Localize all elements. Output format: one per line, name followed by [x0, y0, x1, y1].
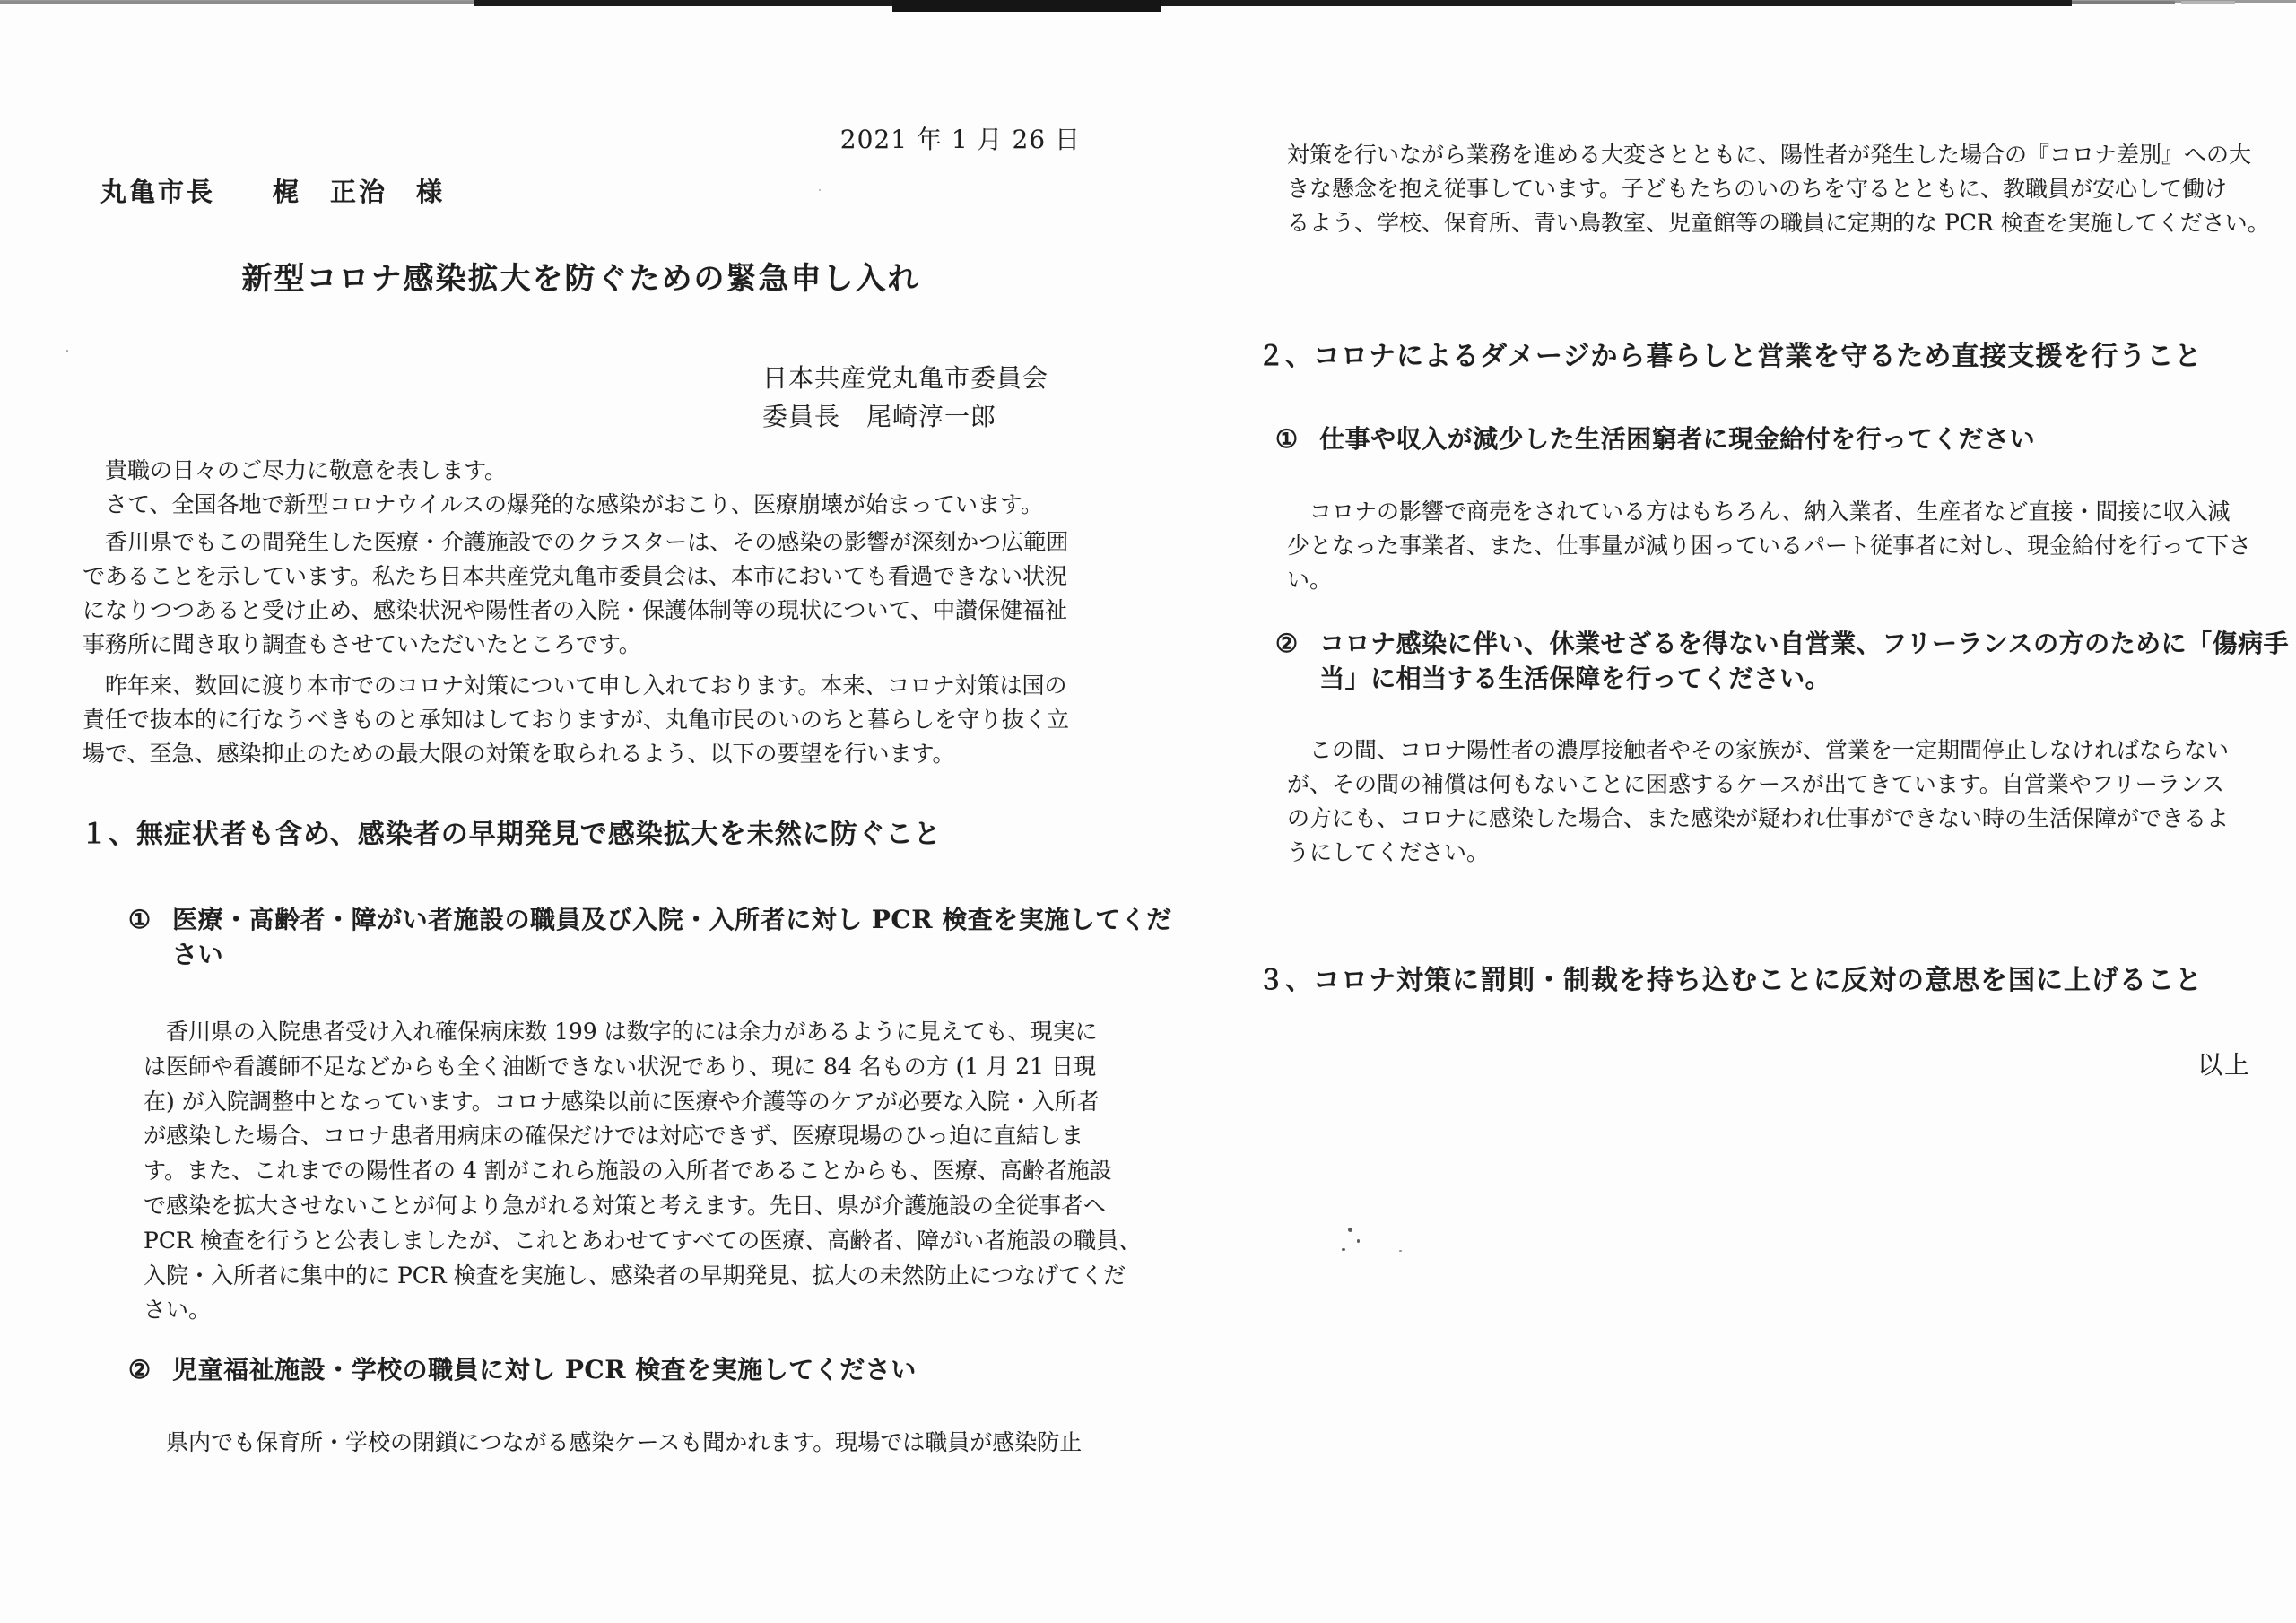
text-line: 対策を行いながら業務を進める大変さとともに、陽性者が発生した場合の『コロナ差別』…	[1287, 138, 2283, 172]
text-line: 医療・髙齢者・障がい者施設の職員及び入院・入所者に対し PCR 検査を実施してく…	[172, 902, 1172, 937]
intro-paragraph: 香川県でもこの間発生した医療・介護施設でのクラスターは、その感染の影響が深刻かつ…	[83, 525, 1096, 662]
section1-item2-body: 県内でも保育所・学校の閉鎖につながる感染ケースも聞かれます。現場では職員が感染防…	[143, 1426, 1112, 1461]
scan-artifact-bar	[0, 1, 475, 4]
text-line: さて、全国各地で新型コロナウイルスの爆発的な感染がおこり、医療崩壊が始まっていま…	[83, 488, 1096, 522]
section3-heading: ３、コロナ対策に罰則・制裁を持ち込むことに反対の意思を国に上げること	[1257, 958, 2203, 997]
text-line: きな懸念を抱え従事しています。子どもたちのいのちを守るとともに、教職員が安心して…	[1287, 172, 2283, 206]
text-line: 少となった事業者、また、仕事量が減り困っているパート従事者に対し、現金給付を行っ…	[1287, 529, 2283, 563]
letter-date: 2021 年 1 月 26 日	[81, 120, 1213, 156]
scan-artifact-bar	[2181, 1, 2235, 4]
sender-chief: 委員長 尾崎淳一郎	[762, 397, 1048, 436]
text-line: コロナ感染に伴い、休業せざるを得ない自営業、フリーランスの方のために「傷病手	[1319, 626, 2289, 661]
text-line: うにしてください。	[1287, 836, 2283, 870]
text-line: になりつつあると受け止め、感染状況や陽性者の入院・保護体制等の現状について、中讃…	[83, 594, 1096, 628]
text-line: 責任で抜本的に行なうべきものと承知はしておりますが、丸亀市民のいのちと暮らしを守…	[83, 703, 1096, 737]
text-line: 県内でも保育所・学校の閉鎖につながる感染ケースも聞かれます。現場では職員が感染防…	[143, 1426, 1112, 1461]
text-line: 事務所に聞き取り調査もさせていただいたところです。	[83, 628, 1096, 662]
item-title: 児童福祉施設・学校の職員に対し PCR 検査を実施してください	[172, 1352, 917, 1387]
text-line: 入院・入所者に集中的に PCR 検査を実施し、感染者の早期発見、拡大の未然防止に…	[143, 1259, 1112, 1294]
section2-item1-body: コロナの影響で商売をされている方はもちろん、納入業者、生産者など直接・間接に収入…	[1287, 495, 2283, 597]
text-line: この間、コロナ陽性者の濃厚接触者やその家族が、営業を一定期間停止しなければならな…	[1287, 733, 2283, 768]
scan-speckle	[819, 189, 821, 191]
scanned-letter-page: 2021 年 1 月 26 日 丸亀市長 梶 正治 様 新型コロナ感染拡大を防ぐ…	[0, 0, 2296, 1623]
scan-speckle	[1342, 1248, 1345, 1251]
text-line: 香川県の入院患者受け入れ確保病床数 199 は数字的には余力があるように見えても…	[143, 1015, 1112, 1050]
text-line: す。また、これまでの陽性者の 4 割がこれら施設の入所者であることからも、医療、…	[143, 1154, 1112, 1189]
item-number-circled-2: ②	[1275, 626, 1298, 661]
text-line: さい。	[143, 1293, 1112, 1328]
intro-paragraph: 貴職の日々のご尽力に敬意を表します。 さて、全国各地で新型コロナウイルスの爆発的…	[83, 454, 1096, 522]
text-line: が、その間の補償は何もないことに困惑するケースが出てきています。自営業やフリーラ…	[1287, 768, 2283, 802]
text-line: は医師や看護師不足などからも全く油断できない状況であり、現に 84 名もの方 (…	[143, 1050, 1112, 1085]
scan-speckle	[66, 350, 68, 352]
section2-heading: ２、コロナによるダメージから暮らしと営業を守るため直接支援を行うこと	[1257, 334, 2202, 373]
addressee: 丸亀市長 梶 正治 様	[100, 172, 445, 209]
closing-ijou: 以上	[1256, 1046, 2296, 1081]
text-line: 昨年来、数回に渡り本市でのコロナ対策について申し入れております。本来、コロナ対策…	[83, 669, 1096, 703]
document-title: 新型コロナ感染拡大を防ぐための緊急申し入れ	[81, 254, 1081, 298]
text-line: い。	[1287, 563, 2283, 597]
scan-speckle	[1399, 1250, 1402, 1252]
text-line: コロナの影響で商売をされている方はもちろん、納入業者、生産者など直接・間接に収入…	[1287, 495, 2283, 529]
section2-item1-heading: ① 仕事や収入が減少した生活困窮者に現金給付を行ってください	[1275, 421, 2271, 456]
text-line: PCR 検査を行うと公表しましたが、これとあわせてすべての医療、高齢者、障がい者…	[143, 1224, 1112, 1259]
item-number-circled-2: ②	[128, 1352, 151, 1387]
text-line: であることを示しています。私たち日本共産党丸亀市委員会は、本市においても看過でき…	[83, 560, 1096, 594]
item-number-circled-1: ①	[1275, 421, 1298, 456]
section1-item2-heading: ② 児童福祉施設・学校の職員に対し PCR 検査を実施してください	[128, 1352, 1097, 1387]
scan-speckle	[1348, 1228, 1352, 1232]
section2-item2-heading: ② コロナ感染に伴い、休業せざるを得ない自営業、フリーランスの方のために「傷病手…	[1275, 626, 2271, 696]
section1-item1-heading: ① 医療・髙齢者・障がい者施設の職員及び入院・入所者に対し PCR 検査を実施し…	[128, 902, 1097, 972]
scan-speckle	[1357, 1239, 1360, 1243]
text-line: が感染した場合、コロナ患者用病床の確保だけでは対応できず、医療現場のひっ迫に直結…	[143, 1119, 1112, 1154]
text-line: で感染を拡大させないことが何より急がれる対策と考えます。先日、県が介護施設の全従…	[143, 1189, 1112, 1224]
section1-heading: １、無症状者も含め、感染者の早期発見で感染拡大を未然に防ぐこと	[81, 811, 942, 851]
item-title: 仕事や収入が減少した生活困窮者に現金給付を行ってください	[1319, 421, 2035, 456]
text-line: 児童福祉施設・学校の職員に対し PCR 検査を実施してください	[172, 1352, 917, 1387]
sender-organization: 日本共産党丸亀市委員会	[762, 359, 1048, 397]
section2-item2-body: この間、コロナ陽性者の濃厚接触者やその家族が、営業を一定期間停止しなければならな…	[1287, 733, 2283, 870]
intro-paragraph: 昨年来、数回に渡り本市でのコロナ対策について申し入れております。本来、コロナ対策…	[83, 669, 1096, 771]
section1-item1-body: 香川県の入院患者受け入れ確保病床数 199 は数字的には余力があるように見えても…	[143, 1015, 1112, 1328]
text-line: さい	[172, 937, 1172, 972]
text-line: 場で、至急、感染抑止のための最大限の対策を取られるよう、以下の要望を行います。	[83, 737, 1096, 771]
section1-item2-body-continued: 対策を行いながら業務を進める大変さとともに、陽性者が発生した場合の『コロナ差別』…	[1287, 138, 2283, 240]
text-line: 貴職の日々のご尽力に敬意を表します。	[83, 454, 1096, 488]
scan-artifact-bar	[474, 0, 2072, 6]
item-number-circled-1: ①	[128, 902, 151, 937]
text-line: るよう、学校、保育所、青い鳥教室、児童館等の職員に定期的な PCR 検査を実施し…	[1287, 206, 2283, 240]
text-line: の方にも、コロナに感染した場合、また感染が疑われ仕事ができない時の生活保障ができ…	[1287, 802, 2283, 836]
item-title: 医療・髙齢者・障がい者施設の職員及び入院・入所者に対し PCR 検査を実施してく…	[172, 902, 1172, 972]
text-line: 香川県でもこの間発生した医療・介護施設でのクラスターは、その感染の影響が深刻かつ…	[83, 525, 1096, 560]
scan-artifact-bar	[892, 0, 1161, 12]
text-line: 仕事や収入が減少した生活困窮者に現金給付を行ってください	[1319, 421, 2035, 456]
item-title: コロナ感染に伴い、休業せざるを得ない自営業、フリーランスの方のために「傷病手当」…	[1319, 626, 2289, 696]
text-line: 在) が入院調整中となっています。コロナ感染以前に医療や介護等のケアが必要な入院…	[143, 1085, 1112, 1120]
sender-block: 日本共産党丸亀市委員会 委員長 尾崎淳一郎	[762, 359, 1048, 436]
scan-artifact-bar	[2072, 1, 2175, 4]
text-line: 当」に相当する生活保障を行ってください。	[1319, 661, 2289, 696]
